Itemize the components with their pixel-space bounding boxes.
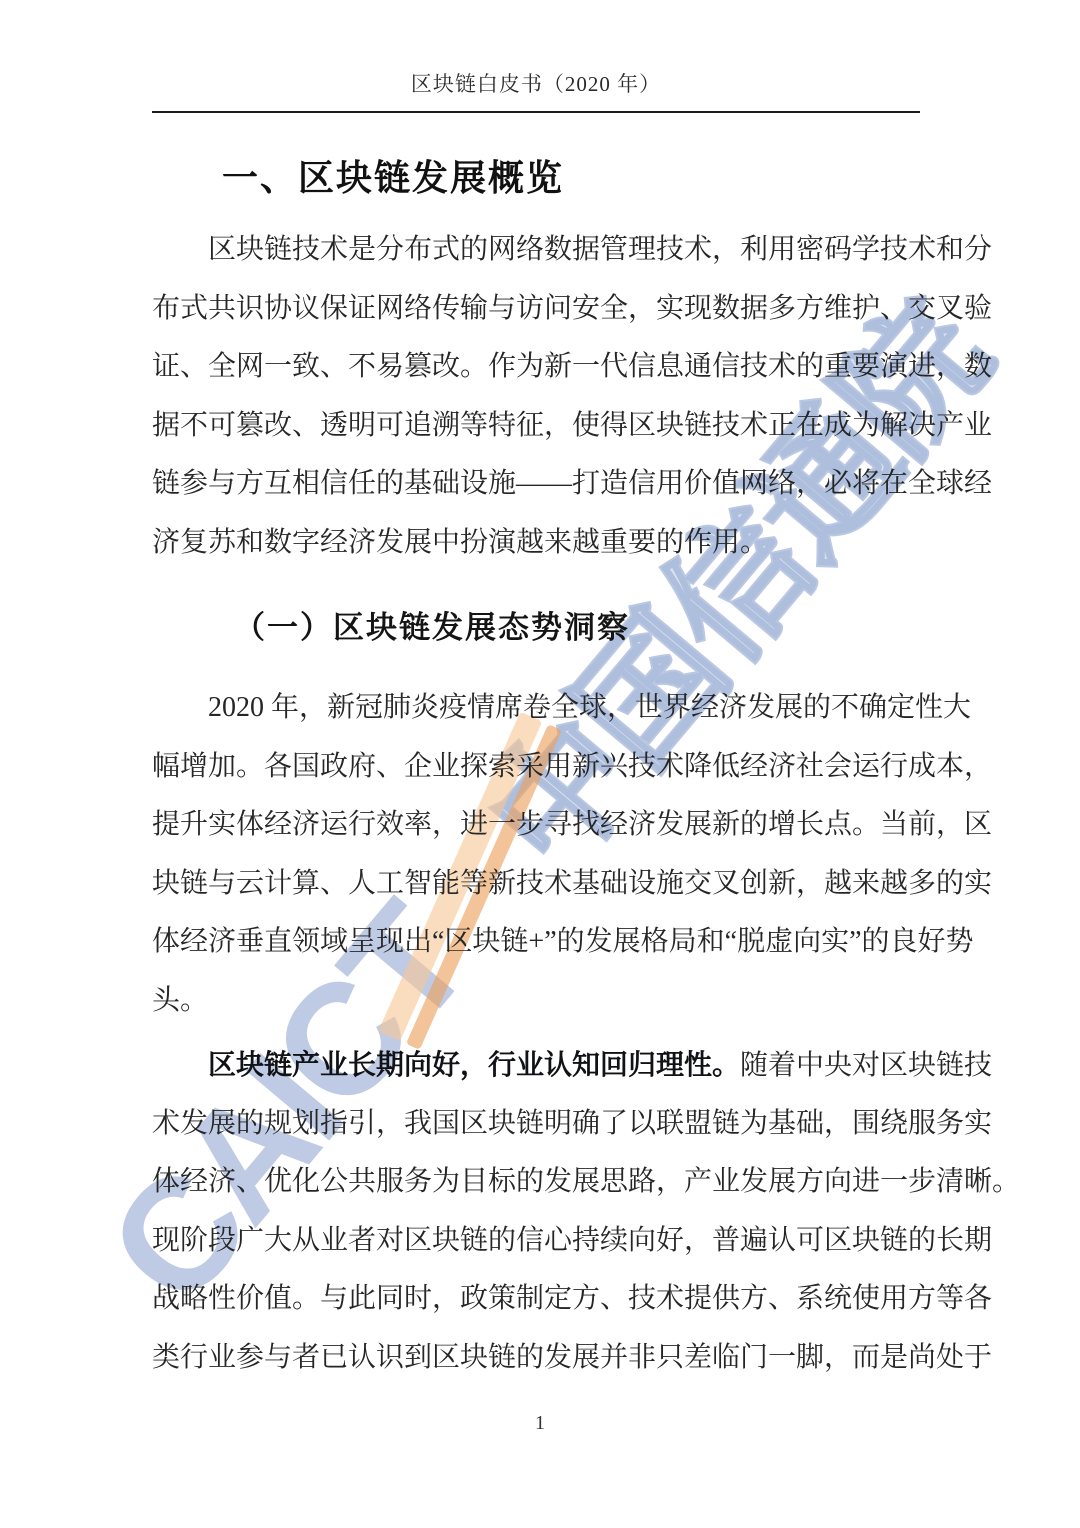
body-line: 现阶段广大从业者对区块链的信心持续向好，普遍认可区块链的长期 [152, 1212, 920, 1271]
body-line: 块链与云计算、人工智能等新技术基础设施交叉创新，越来越多的实 [152, 855, 920, 914]
body-line: 体经济、优化公共服务为目标的发展思路，产业发展方向进一步清晰。 [152, 1153, 920, 1212]
body-line: 链参与方互相信任的基础设施——打造信用价值网络，必将在全球经 [152, 455, 920, 514]
body-line: 幅增加。各国政府、企业探索采用新兴技术降低经济社会运行成本， [152, 738, 920, 797]
body-line: 提升实体经济运行效率，进一步寻找经济发展新的增长点。当前，区 [152, 796, 920, 855]
body-line: 证、全网一致、不易篡改。作为新一代信息通信技术的重要演进，数 [152, 338, 920, 397]
document-page: CAICT 中国信通院 区块链白皮书（2020 年） 一、区块链发展概览 区块链… [0, 0, 1080, 1528]
body-line: 据不可篡改、透明可追溯等特征，使得区块链技术正在成为解决产业 [152, 397, 920, 456]
body-line: 区块链产业长期向好，行业认知回归理性。随着中央对区块链技 [152, 1036, 920, 1095]
paragraph-1: 区块链技术是分布式的网络数据管理技术，利用密码学技术和分 布式共识协议保证网络传… [152, 221, 920, 572]
page-number: 1 [0, 1412, 1080, 1435]
body-line: 类行业参与者已认识到区块链的发展并非只差临门一脚，而是尚处于 [152, 1329, 920, 1388]
subsection-heading: （一）区块链发展态势洞察 [234, 602, 630, 647]
running-header: 区块链白皮书（2020 年） [152, 0, 920, 113]
header-title: 区块链白皮书（2020 年） [411, 72, 661, 96]
body-line: 布式共识协议保证网络传输与访问安全，实现数据多方维护、交叉验 [152, 280, 920, 339]
body-line: 体经济垂直领域呈现出“区块链+”的发展格局和“脱虚向实”的良好势 [152, 913, 920, 972]
paragraph-2: 2020 年，新冠肺炎疫情席卷全球，世界经济发展的不确定性大 幅增加。各国政府、… [152, 679, 920, 1030]
body-line: 头。 [152, 972, 920, 1031]
body-line: 济复苏和数字经济发展中扮演越来越重要的作用。 [152, 514, 920, 573]
section-heading: 一、区块链发展概览 [222, 150, 564, 201]
bold-lead-text: 区块链产业长期向好，行业认知回归理性。 [208, 1049, 740, 1080]
body-line: 区块链技术是分布式的网络数据管理技术，利用密码学技术和分 [152, 221, 920, 280]
body-line: 术发展的规划指引，我国区块链明确了以联盟链为基础，围绕服务实 [152, 1095, 920, 1154]
body-line: 战略性价值。与此同时，政策制定方、技术提供方、系统使用方等各 [152, 1270, 920, 1329]
body-line: 2020 年，新冠肺炎疫情席卷全球，世界经济发展的不确定性大 [152, 679, 920, 738]
lead-rest-text: 随着中央对区块链技 [740, 1050, 992, 1081]
paragraph-3: 区块链产业长期向好，行业认知回归理性。随着中央对区块链技 术发展的规划指引，我国… [152, 1036, 920, 1387]
